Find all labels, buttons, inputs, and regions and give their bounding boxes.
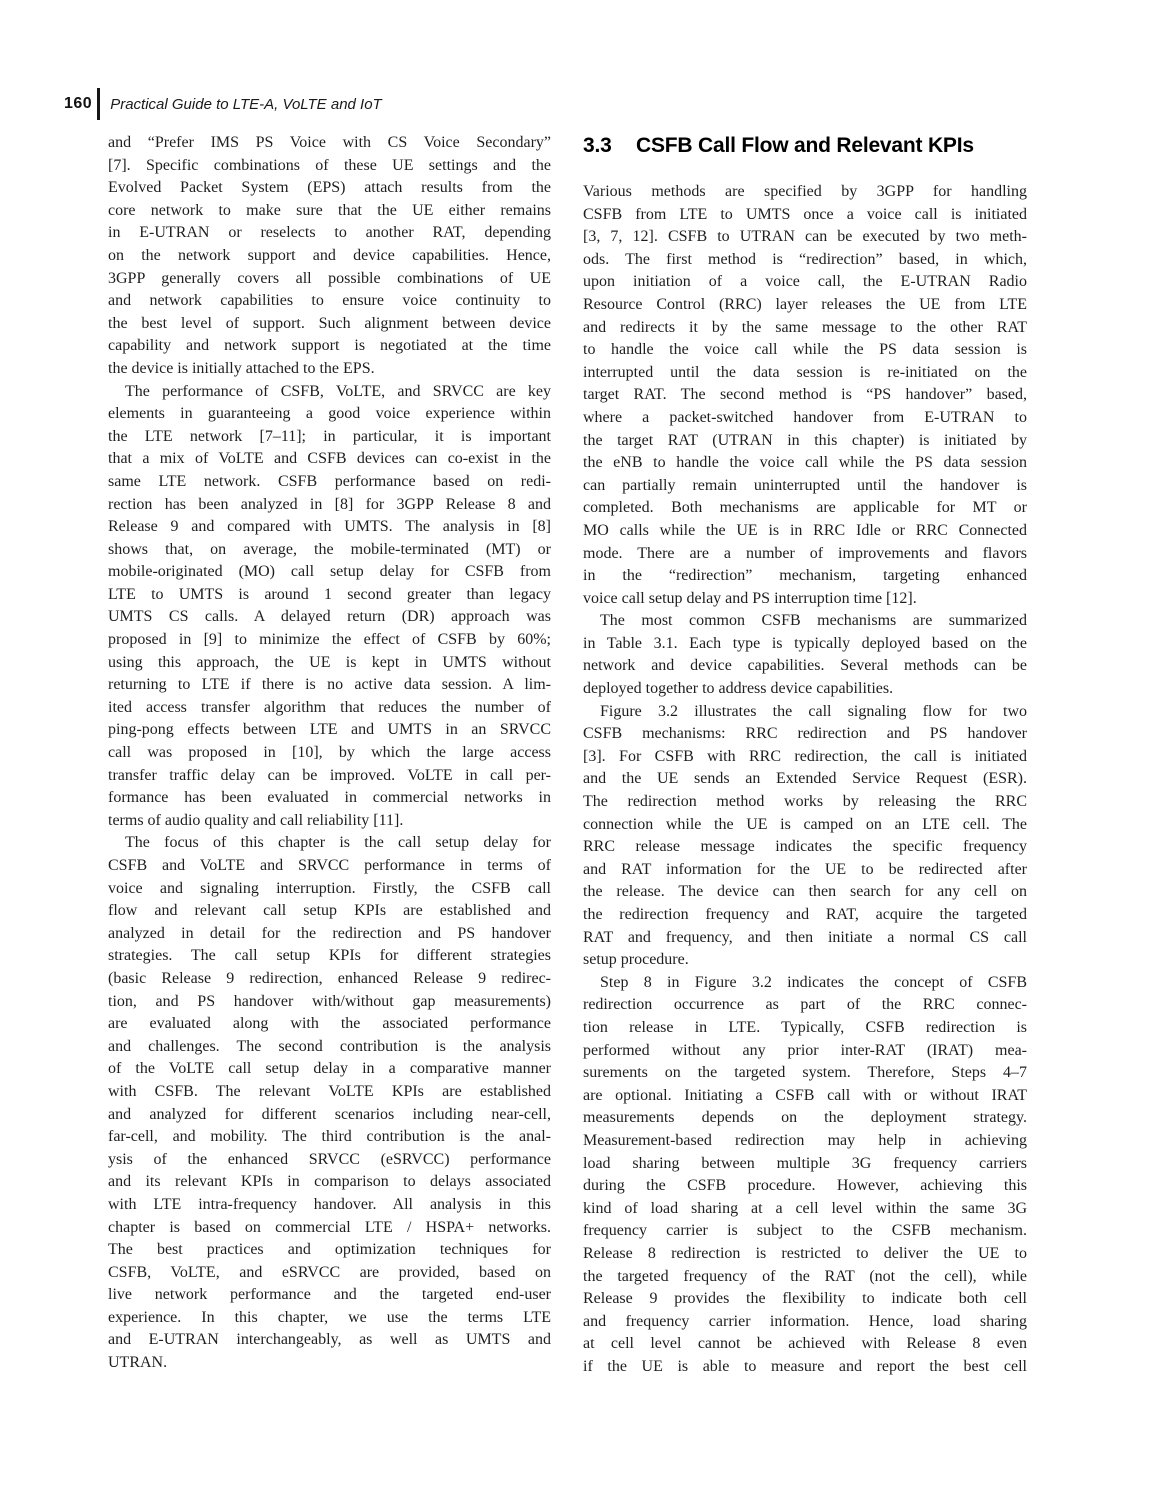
text-line: The redirection method works by releasin… [583,791,1027,814]
text-line: the target RAT (UTRAN in this chapter) i… [583,430,1027,453]
text-line: to handle the voice call while the PS da… [583,339,1027,362]
text-line: CSFB and VoLTE and SRVCC performance in … [108,855,551,878]
right-column: 3.3 CSFB Call Flow and Relevant KPIs Var… [583,133,1027,1378]
text-line: measurements depends on the deployment s… [583,1107,1027,1130]
text-line: Resource Control (RRC) layer releases th… [583,294,1027,317]
text-line: and analyzed for different scenarios inc… [108,1104,551,1127]
text-line: in E-UTRAN or reselects to another RAT, … [108,222,551,245]
header-divider-rule [97,88,100,120]
text-line: CSFB, VoLTE, and eSRVCC are provided, ba… [108,1262,551,1285]
text-line: surements on the targeted system. Theref… [583,1062,1027,1085]
text-line: The most common CSFB mechanisms are summ… [583,610,1027,633]
text-line: are evaluated along with the associated … [108,1013,551,1036]
text-line: the eNB to handle the voice call while t… [583,452,1027,475]
text-line: performed without any prior inter-RAT (I… [583,1040,1027,1063]
paragraph: Figure 3.2 illustrates the call signalin… [583,701,1027,972]
page-number: 160 [64,95,92,113]
text-line: kind of load sharing at a cell level wit… [583,1198,1027,1221]
text-line: Release 9 provides the flexibility to in… [583,1288,1027,1311]
text-line: shows that, on average, the mobile-termi… [108,539,551,562]
text-line: elements in guaranteeing a good voice ex… [108,403,551,426]
text-line: at cell level cannot be achieved with Re… [583,1333,1027,1356]
section-heading: 3.3 CSFB Call Flow and Relevant KPIs [583,133,1027,159]
text-line: Measurement-based redirection may help i… [583,1130,1027,1153]
text-line: the best level of support. Such alignmen… [108,313,551,336]
text-line: the device is initially attached to the … [108,358,551,381]
text-line: and E-UTRAN interchangeably, as well as … [108,1329,551,1352]
text-line: returning to LTE if there is no active d… [108,674,551,697]
text-line: Evolved Packet System (EPS) attach resul… [108,177,551,200]
text-line: mobile-originated (MO) call setup delay … [108,561,551,584]
text-line: the targeted frequency of the RAT (not t… [583,1266,1027,1289]
text-line: on the network support and device capabi… [108,245,551,268]
text-line: with LTE intra-frequency handover. All a… [108,1194,551,1217]
text-line: 3GPP generally covers all possible combi… [108,268,551,291]
text-line: target RAT. The second method is “PS han… [583,384,1027,407]
text-line: far-cell, and mobility. The third contri… [108,1126,551,1149]
text-line: and challenges. The second contribution … [108,1036,551,1059]
text-line: core network to make sure that the UE ei… [108,200,551,223]
running-title: Practical Guide to LTE-A, VoLTE and IoT [110,96,382,113]
text-line: UMTS CS calls. A delayed return (DR) app… [108,606,551,629]
text-line: in the “redirection” mechanism, targetin… [583,565,1027,588]
paragraph: Various methods are specified by 3GPP fo… [583,181,1027,610]
text-line: call was proposed in [10], by which the … [108,742,551,765]
text-line: with CSFB. The relevant VoLTE KPIs are e… [108,1081,551,1104]
text-line: redirection occurrence as part of the RR… [583,994,1027,1017]
text-line: and network capabilities to ensure voice… [108,290,551,313]
text-line: The focus of this chapter is the call se… [108,832,551,855]
text-line: live network performance and the targete… [108,1284,551,1307]
text-line: setup procedure. [583,949,1027,972]
text-line: and redirects it by the same message to … [583,317,1027,340]
text-line: can partially remain uninterrupted until… [583,475,1027,498]
text-line: load sharing between multiple 3G frequen… [583,1153,1027,1176]
left-column: and “Prefer IMS PS Voice with CS Voice S… [108,132,551,1375]
text-line: tion, and PS handover with/without gap m… [108,991,551,1014]
paragraph: Step 8 in Figure 3.2 indicates the conce… [583,972,1027,1379]
page-header: 160 Practical Guide to LTE-A, VoLTE and … [64,86,382,122]
paragraph: The most common CSFB mechanisms are summ… [583,610,1027,700]
text-line: analyzed in detail for the redirection a… [108,923,551,946]
text-line: [3, 7, 12]. CSFB to UTRAN can be execute… [583,226,1027,249]
text-line: completed. Both mechanisms are applicabl… [583,497,1027,520]
text-line: of the VoLTE call setup delay in a compa… [108,1058,551,1081]
text-line: deployed together to address device capa… [583,678,1027,701]
text-line: during the CSFB procedure. However, achi… [583,1175,1027,1198]
text-line: ysis of the enhanced SRVCC (eSRVCC) perf… [108,1149,551,1172]
text-line: the redirection frequency and RAT, acqui… [583,904,1027,927]
text-line: if the UE is able to measure and report … [583,1356,1027,1379]
text-line: LTE to UMTS is around 1 second greater t… [108,584,551,607]
section-number: 3.3 [583,133,636,159]
text-line: voice call setup delay and PS interrupti… [583,588,1027,611]
text-line: RAT and frequency, and then initiate a n… [583,927,1027,950]
text-line: mode. There are a number of improvements… [583,543,1027,566]
text-line: Various methods are specified by 3GPP fo… [583,181,1027,204]
text-line: connection while the UE is camped on an … [583,814,1027,837]
text-line: experience. In this chapter, we use the … [108,1307,551,1330]
text-line: proposed in [9] to minimize the effect o… [108,629,551,652]
text-line: capability and network support is negoti… [108,335,551,358]
paragraph: and “Prefer IMS PS Voice with CS Voice S… [108,132,551,381]
text-line: RRC release message indicates the specif… [583,836,1027,859]
text-line: the release. The device can then search … [583,881,1027,904]
text-line: CSFB mechanisms: RRC redirection and PS … [583,723,1027,746]
text-line: The performance of CSFB, VoLTE, and SRVC… [108,381,551,404]
text-line: that a mix of VoLTE and CSFB devices can… [108,448,551,471]
text-line: tion release in LTE. Typically, CSFB red… [583,1017,1027,1040]
text-line: interrupted until the data session is re… [583,362,1027,385]
text-line: and RAT information for the UE to be red… [583,859,1027,882]
text-line: strategies. The call setup KPIs for diff… [108,945,551,968]
paragraph: The performance of CSFB, VoLTE, and SRVC… [108,381,551,833]
text-line: upon initiation of a voice call, the E-U… [583,271,1027,294]
text-line: ods. The first method is “redirection” b… [583,249,1027,272]
text-line: terms of audio quality and call reliabil… [108,810,551,833]
text-line: [3]. For CSFB with RRC redirection, the … [583,746,1027,769]
text-line: (basic Release 9 redirection, enhanced R… [108,968,551,991]
paragraph: The focus of this chapter is the call se… [108,832,551,1374]
text-line: and its relevant KPIs in comparison to d… [108,1171,551,1194]
text-line: Figure 3.2 illustrates the call signalin… [583,701,1027,724]
text-line: CSFB from LTE to UMTS once a voice call … [583,204,1027,227]
text-line: are optional. Initiating a CSFB call wit… [583,1085,1027,1108]
text-line: [7]. Specific combinations of these UE s… [108,155,551,178]
text-line: same LTE network. CSFB performance based… [108,471,551,494]
text-line: and frequency carrier information. Hence… [583,1311,1027,1334]
text-line: network and device capabilities. Several… [583,655,1027,678]
text-line: in Table 3.1. Each type is typically dep… [583,633,1027,656]
text-line: and “Prefer IMS PS Voice with CS Voice S… [108,132,551,155]
book-page: 160 Practical Guide to LTE-A, VoLTE and … [0,0,1161,1500]
section-title: CSFB Call Flow and Relevant KPIs [636,133,974,159]
right-column-body: Various methods are specified by 3GPP fo… [583,181,1027,1378]
text-line: the LTE network [7–11]; in particular, i… [108,426,551,449]
text-line: voice and signaling interruption. Firstl… [108,878,551,901]
text-line: ited access transfer algorithm that redu… [108,697,551,720]
text-line: ping-pong effects between LTE and UMTS i… [108,719,551,742]
text-line: formance has been evaluated in commercia… [108,787,551,810]
text-line: UTRAN. [108,1352,551,1375]
text-line: Step 8 in Figure 3.2 indicates the conce… [583,972,1027,995]
text-line: Release 8 redirection is restricted to d… [583,1243,1027,1266]
text-line: using this approach, the UE is kept in U… [108,652,551,675]
text-line: rection has been analyzed in [8] for 3GP… [108,494,551,517]
text-line: where a packet-switched handover from E-… [583,407,1027,430]
text-line: Release 9 and compared with UMTS. The an… [108,516,551,539]
text-line: frequency carrier is subject to the CSFB… [583,1220,1027,1243]
text-line: transfer traffic delay can be improved. … [108,765,551,788]
text-line: chapter is based on commercial LTE / HSP… [108,1217,551,1240]
text-line: The best practices and optimization tech… [108,1239,551,1262]
text-line: MO calls while the UE is in RRC Idle or … [583,520,1027,543]
text-line: and the UE sends an Extended Service Req… [583,768,1027,791]
text-line: flow and relevant call setup KPIs are es… [108,900,551,923]
